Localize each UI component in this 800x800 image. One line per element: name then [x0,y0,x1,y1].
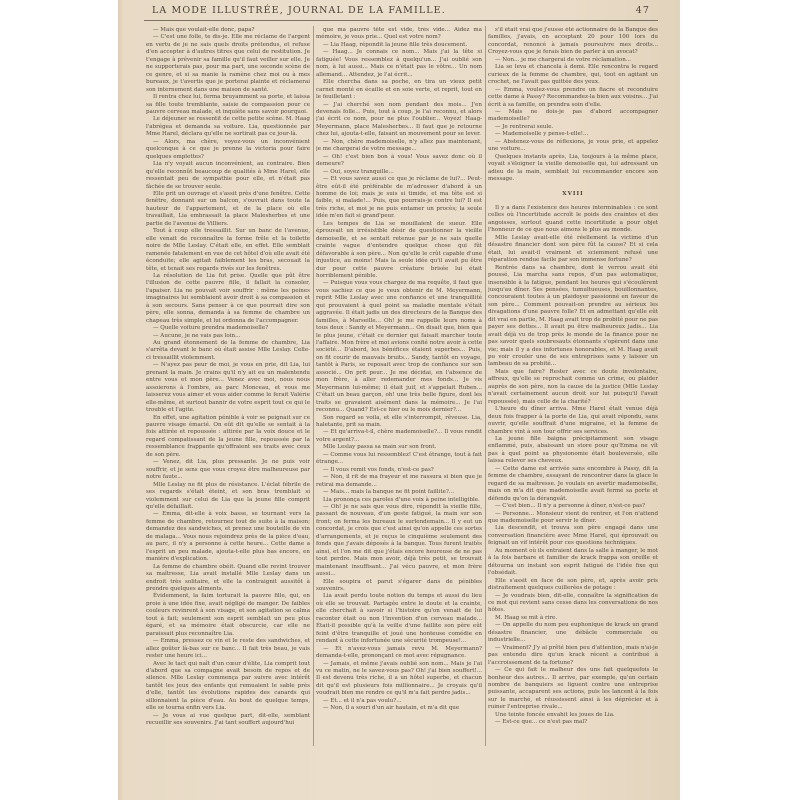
paragraph: Elle chercha dans sa poche, en tira un v… [316,79,482,101]
paragraph: — Cette dame est arrivée sans encombre à… [488,466,658,503]
paragraph: Mlle Leslay ne fit plus de résistance. L… [146,482,310,512]
paragraph: L'heure du dîner arriva. Mme Harel était… [488,406,658,436]
paragraph: Les tempes de Lia se mouillaient de sueu… [316,221,482,281]
text-column-2: que ma pauvre tête est vide, très vide..… [316,27,482,782]
paragraph: — Et qu'arriva-t-il, chère mademoiselle?… [316,429,482,444]
paragraph: — Personne... Monsieur vient de rentrer,… [488,511,658,526]
paragraph: Lia se leva et chancela à demi. Elle ren… [488,64,658,86]
paragraph: Au moment où ils entraient dans la salle… [488,548,658,578]
paragraph: — Haag... Je connais ce nom... Mais j'ai… [316,49,482,79]
paragraph: — Comme vous lui ressemblez! C'est étran… [316,452,482,467]
paragraph: — Non, chère mademoiselle, n'y allez pas… [316,139,482,154]
column-rule [313,26,314,746]
paragraph: — Quelle voiture prendra mademoiselle? [146,325,310,332]
paragraph: Avec le tact qui naît d'un cœur d'élite,… [146,661,310,713]
paragraph: — Jamais, et même j'avais oublié son nom… [316,661,482,698]
paragraph: Quelques instants après, Lia, toujours à… [488,154,658,184]
paragraph: — Venez, dit Lia, plus pressante. Je ne … [146,459,310,481]
paragraph: — C'est une folle, te dis-je. Elle me ré… [146,34,310,94]
paragraph: Évidemment, la faim torturait la pauvre … [146,593,310,638]
paragraph: — Ce qui fait le malheur des uns fait qu… [488,667,658,712]
paragraph: Il rentra chez lui, ferma bruyamment sa … [146,94,310,116]
paragraph: — Emma, pressez ce vin et le reste des s… [146,638,310,660]
paragraph: La résolution de Lia fut prise. Quelle q… [146,273,310,325]
paragraph: Mlle Leslay passa sa main sur son front. [316,444,482,451]
paragraph: — Alors, ma chère, voyez-vous un inconvé… [146,139,310,161]
paragraph: — Emma, dit-elle à voix basse, se tourna… [146,511,310,563]
paragraph: — Non, il a souri d'un air hautain, et m… [316,705,482,712]
journal-title: LA MODE ILLUSTRÉE, JOURNAL DE LA FAMILLE… [152,5,446,16]
paragraph: Lia descendit, et trouva son père engagé… [488,525,658,547]
paragraph: — N'ayez pas peur de moi, je vous en pri… [146,362,310,414]
paragraph: — Et n'avez-vous jamais revu M. Meyerman… [316,646,482,661]
page-number: 47 [636,5,650,16]
paragraph: — C'est bien... Il n'y a personne à dîne… [488,503,658,510]
paragraph: — Mais ne dois-je pas d'abord accompagne… [488,109,658,124]
paragraph: — Mademoiselle y pense-t-elle!... [488,131,658,138]
paragraph: — Je rentrerai seule. [488,124,658,131]
paragraph: Il y a dans l'existence des heures inter… [488,205,658,235]
paragraph: — Abstenez-vous de réflexions, je vous p… [488,139,658,154]
paragraph: Elle soupira et parut s'égarer dans de p… [316,579,482,594]
paragraph: — Puisque vous vous chargez de ma requêt… [316,280,482,414]
paragraph: Elle prit un ouvrage et s'assit près d'u… [146,191,310,228]
paragraph: — Et vous savez aussi ce que je réclame … [316,176,482,221]
paragraph: — Mais... mais la banque ne fit point fa… [316,489,482,496]
paragraph: Lia avait perdu toute notion du temps et… [316,593,482,645]
paragraph: — Est-ce que... ce n'est pas mal? [488,719,658,726]
paragraph: En effet, une agitation pénible à voir s… [146,415,310,460]
running-head: LA MODE ILLUSTRÉE, JOURNAL DE LA FAMILLE… [158,5,648,19]
paragraph: — Aucune, je ne vais pas loin... [146,333,310,340]
paragraph: — Oh! je ne sais que vous dire, répondit… [316,504,482,579]
paragraph: Son regard se voila, et elle s'interromp… [316,415,482,430]
paragraph: — Oui, soyez tranquille... [316,169,482,176]
paragraph: Mlle Leslay avait-elle été réellement la… [488,235,658,265]
text-column-3: s'il était vrai que j'eusse été actionna… [488,27,658,782]
paragraph: Rentrée dans sa chambre, dont le verrou … [488,265,658,369]
paragraph: Au grand étonnement de la femme de chamb… [146,340,310,362]
column-rule [485,26,486,746]
paragraph: Une teinte foncée envahit les joues de L… [488,712,658,719]
paragraph: que ma pauvre tête est vide, très vide..… [316,27,482,42]
paragraph: M. Haag se mit à rire. [488,615,658,622]
paragraph: — On appelle du nom peu euphonique de kr… [488,622,658,644]
paragraph: La jeune fille baigna précipitamment son… [488,436,658,466]
newspaper-page: LA MODE ILLUSTRÉE, JOURNAL DE LA FAMILLE… [118,0,680,800]
paragraph: — Il vous remit vos fonds, n'est-ce pas? [316,467,482,474]
text-column-1: — Mais que voulait-elle donc, papa?— C'e… [146,27,310,782]
paragraph: — J'ai cherché son nom pendant des mois.… [316,102,482,139]
header-rule [144,20,658,21]
paragraph: — Non, il rit de ma frayeur et me rassur… [316,474,482,489]
chapter-heading: XVIII [488,191,658,198]
paragraph: Lia prononça ces paroles d'une voix à pe… [316,497,482,504]
paragraph: — Oh! c'est bien bon à vous! Vous savez … [316,154,482,169]
paragraph: — Vraiment? J'y ai prêté bien peu d'atte… [488,645,658,667]
paragraph: La femme de chambre obéit. Quand elle re… [146,564,310,594]
paragraph: Mais que faire? Rester avec ce doute inv… [488,369,658,406]
paragraph: Le déjeuner se ressentit de cette petite… [146,116,310,138]
paragraph: Lia n'y voyait aucun inconvénient, au co… [146,161,310,191]
paragraph: s'il était vrai que j'eusse été actionna… [488,27,658,57]
paragraph: Tout à coup elle tressaillit. Sur un ban… [146,228,310,273]
paragraph: — Je voudrais bien, dit-elle, connaître … [488,593,658,615]
paragraph: — Et... et il n'a pas voulu?... [316,698,482,705]
paragraph: — Emma, voulez-vous prendre un fiacre et… [488,87,658,109]
paragraph: Elle s'assit en face de son père, et, ap… [488,578,658,593]
paragraph: — Je vous ai vue quelque part, dit-elle,… [146,713,310,728]
